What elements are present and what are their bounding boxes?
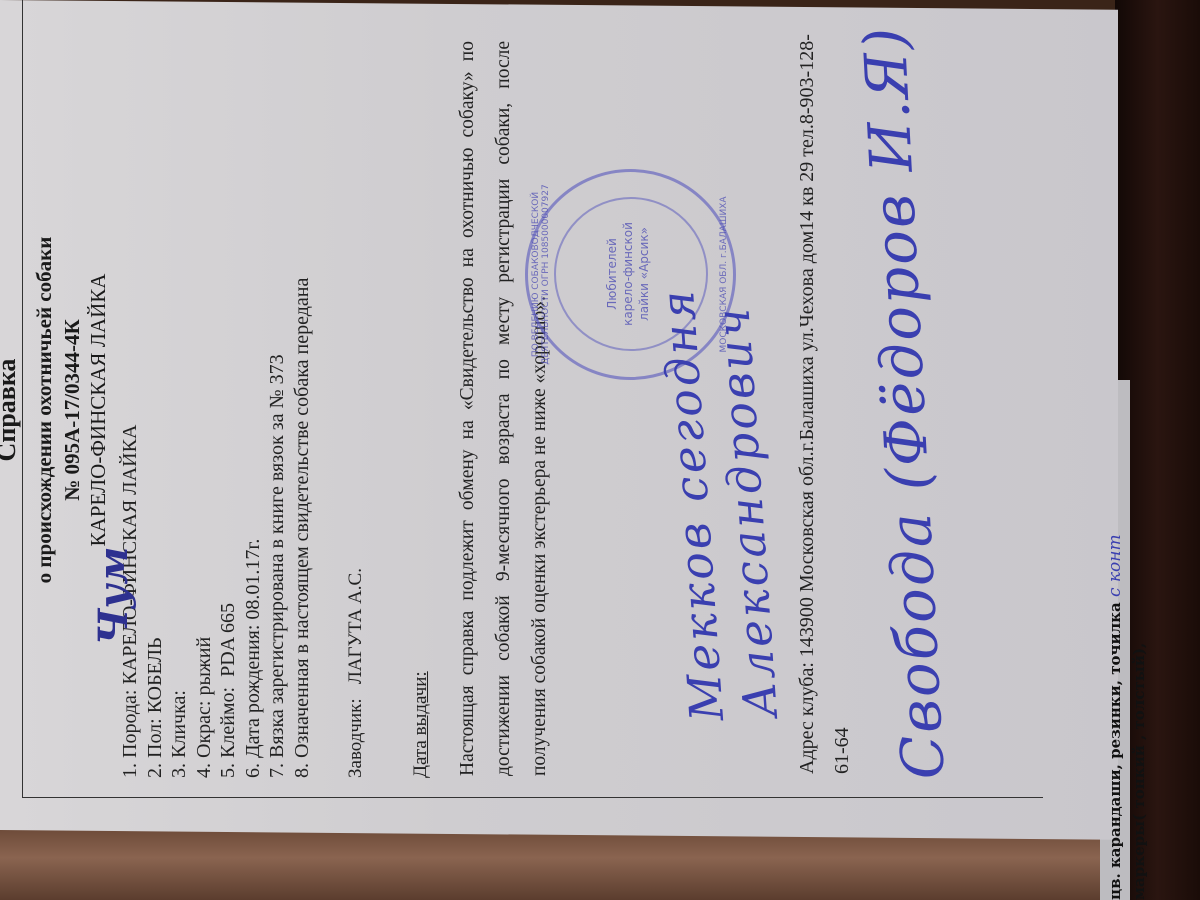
handwritten-dog-name: Чум: [90, 547, 137, 645]
body-paragraph: Настоящая справка подлежит обмену на «Св…: [450, 41, 558, 776]
item-name: 3. Кличка:: [167, 278, 192, 778]
document-title: Справка: [0, 0, 22, 820]
item-brand: 5. Клеймо: PDA 665: [216, 278, 241, 778]
breed-header: КАРЕЛО-ФИНСКАЯ ЛАЙКА: [86, 0, 111, 820]
item-birth-date: 6. Дата рождения: 08.01.17г.: [241, 278, 266, 778]
dog-details-list: 1. Порода: КАРЕЛО-ФИНСКАЯ ЛАЙКА 2. Пол: …: [118, 278, 314, 778]
item-sex: 2. Пол: КОБЕЛЬ: [143, 278, 168, 778]
document-number: № 095А-17/0344-4К: [60, 0, 85, 820]
breeder-label: Заводчик:: [345, 698, 366, 778]
table-surface: [0, 830, 1100, 900]
document-content: Справка о происхождении охотничьей собак…: [0, 0, 1040, 820]
background-label-text: цв. карандаши, резинки, точилка с конт м…: [1103, 380, 1151, 900]
item-breed: 1. Порода: КАРЕЛО-ФИНСКАЯ ЛАЙКА: [118, 278, 143, 778]
item-color: 4. Окрас: рыжий: [192, 278, 217, 778]
document-subtitle: о происхождении охотничьей собаки: [32, 0, 57, 820]
handwritten-label-note: с конт: [1105, 534, 1125, 597]
breeder-value: ЛАГУТА А.С.: [345, 568, 366, 684]
issue-date-label: Дата выдачи:: [410, 671, 432, 778]
club-address: Адрес клуба: 143900 Московская обл.г.Бал…: [790, 34, 860, 774]
stamp-ring-text: ПО ВЕДЕНИЮ СОБАКОВОДЧЕСКОЙ ДЕЯТЕЛЬНОСТИ …: [531, 172, 551, 377]
item-mating-record: 7. Вязка зарегистрирована в книге вязок …: [265, 278, 290, 778]
item-transfer: 8. Означенная в настоящем свидетельстве …: [290, 278, 315, 778]
breeder-line: Заводчик: ЛАГУТА А.С.: [345, 568, 367, 778]
